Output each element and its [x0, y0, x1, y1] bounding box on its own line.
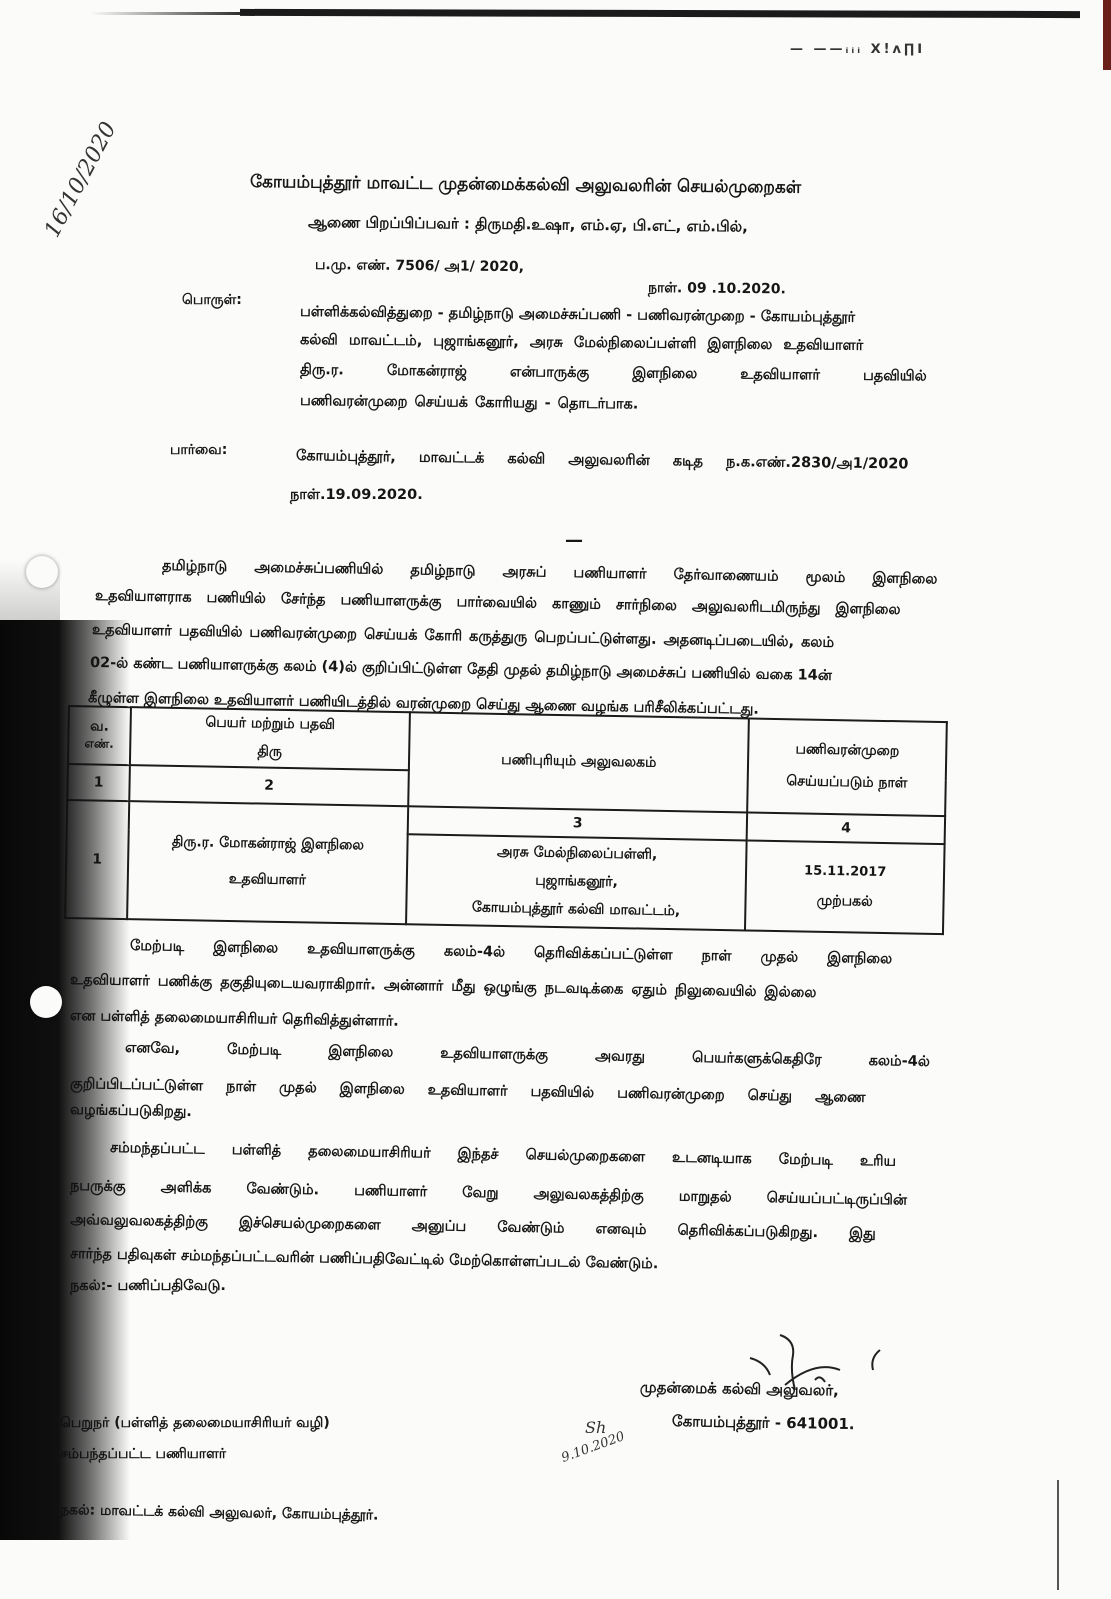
signatory-place: கோயம்புத்தூர் - 641001.: [672, 1412, 855, 1435]
cell-date-2: முற்பகல்: [747, 891, 943, 913]
scan-edge: [90, 12, 250, 15]
subject-line-1: பள்ளிக்கல்வித்துறை - தமிழ்நாடு அமைச்சுப்…: [300, 304, 980, 329]
top-code: — ——ᵢᵢᵢ ꓫ!ᴧ∏ꓲ: [790, 42, 925, 57]
colnum-2: 2: [129, 765, 409, 806]
para4-line-2: நபருக்கு அளிக்க வேண்டும். பணியாளர் வேறு …: [70, 1178, 907, 1211]
margin-handwritten-note: 16/10/2020: [40, 118, 122, 242]
scan-left-shadow: [0, 620, 130, 1540]
header-date: பணிவரன்முறைசெய்யப்படும் நாள்: [747, 718, 946, 816]
issuer-line: ஆணை பிறப்பிப்பவர் : திருமதி.உஷா, எம்.ஏ, …: [308, 213, 748, 238]
subject-line-2: கல்வி மாவட்டம், புஜாங்கனூர், அரசு மேல்நி…: [300, 332, 980, 357]
cell-office-2: புஜாங்கனூர்,: [408, 870, 745, 894]
punch-hole-upper: [26, 556, 58, 588]
separator-dash: —: [565, 530, 583, 551]
para1-line-1: தமிழ்நாடு அமைச்சுப்பணியில் தமிழ்நாடு அரச…: [162, 558, 938, 590]
subject-text: பள்ளிக்கல்வித்துறை - தமிழ்நாடு அமைச்சுப்…: [300, 304, 855, 328]
para4-line-3: அவ்வலுவலகத்திற்கு இச்செயல்முறைகளை அனுப்ப…: [70, 1212, 876, 1244]
cell-office-1: அரசு மேல்நிலைப்பள்ளி,: [408, 842, 745, 866]
para4-line-4: சார்ந்த பதிவுகள் சம்மந்தப்பட்டவரின் பணிப…: [70, 1246, 659, 1274]
regularisation-table: வ.எண். பெயர் மற்றும் பதவிதிரு பணிபுரியும…: [64, 705, 948, 935]
punch-hole-lower: [30, 986, 62, 1018]
cell-name-2: உதவியாளர்: [129, 869, 407, 892]
reference-label: பார்வை:: [170, 442, 227, 460]
subject-label: பொருள்:: [182, 292, 242, 310]
para1-line-4: 02-ல் கண்ட பணியாளருக்கு கலம் (4)ல் குறிப…: [90, 655, 832, 686]
cell-date-1: 15.11.2017: [747, 862, 943, 881]
header-office: பணிபுரியும் அலுவலகம்: [408, 712, 749, 812]
order-date: நாள். 09 .10.2020.: [648, 280, 786, 299]
para3-line-1: எனவே, மேற்படி இளநிலை உதவியாளருக்கு அவரது…: [125, 1040, 930, 1072]
reference-line-1: கோயம்புத்தூர், மாவட்டக் கல்வி அலுவலரின் …: [296, 448, 909, 475]
cell-office-3: கோயம்புத்தூர் கல்வி மாவட்டம்,: [407, 898, 744, 922]
header-date-1: பணிவரன்முறை: [749, 740, 945, 762]
header-date-2: செய்யப்படும் நாள்: [749, 772, 945, 794]
document-title: கோயம்புத்தூர் மாவட்ட முதன்மைக்கல்வி அலுவ…: [250, 172, 801, 200]
para2-line-1: மேற்படி இளநிலை உதவியாளருக்கு கலம்-4ல் தெ…: [130, 938, 892, 969]
header-name: பெயர் மற்றும் பதவிதிரு: [130, 707, 410, 770]
cell-name: திரு.ர. மோகன்ராஜ் இளநிலைஉதவியாளர்: [127, 801, 408, 924]
header-name-1: பெயர் மற்றும் பதவி: [131, 713, 409, 736]
scan-corner: [1103, 0, 1111, 70]
para1-line-3: உதவியாளர் பதவியில் பணிவரன்முறை செய்யக் க…: [92, 622, 834, 653]
scan-top-bar: [240, 9, 1080, 18]
subject-line-4: பணிவரன்முறை செய்யக் கோரியது - தொடர்பாக.: [300, 393, 980, 418]
cell-office: அரசு மேல்நிலைப்பள்ளி,புஜாங்கனூர்,கோயம்பு…: [406, 834, 747, 930]
subject-line-3: திரு.ர. மோகன்ராஜ் என்பாருக்கு இளநிலை உதவ…: [300, 362, 980, 387]
para2-line-2: உதவியாளர் பணிக்கு தகுதியுடையவராகிறார். அ…: [70, 972, 817, 1003]
signatory-designation: முதன்மைக் கல்வி அலுவலர்,: [640, 1378, 839, 1401]
reference-number: ப.மு. எண். 7506/ அ1/ 2020,: [315, 257, 524, 277]
reference-line-2: நாள்.19.09.2020.: [290, 487, 423, 505]
cell-name-1: திரு.ர. மோகன்ராஜ் இளநிலை: [129, 833, 407, 856]
cell-date: 15.11.2017முற்பகல்: [745, 840, 944, 934]
para1-line-2: உதவியாளராக பணியில் சேர்ந்த பணியாளருக்கு …: [95, 588, 901, 620]
handwritten-initial-note: Sh: [585, 1418, 606, 1437]
colnum-4: 4: [747, 812, 945, 844]
header-name-2: திரு: [131, 741, 409, 764]
scan-right-edge: [1057, 1480, 1059, 1590]
para4-line-1: சம்மந்தப்பட்ட பள்ளித் தலைமையாசிரியர் இந்…: [110, 1140, 896, 1172]
